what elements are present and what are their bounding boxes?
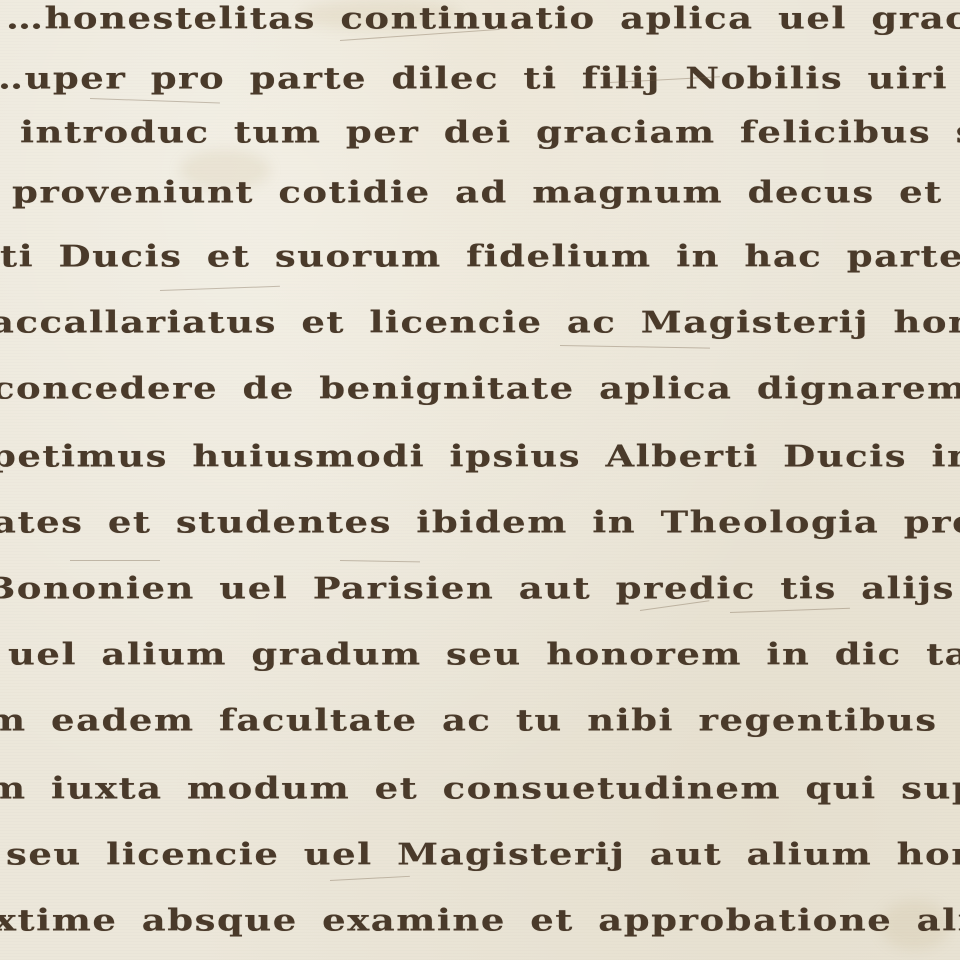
manuscript-line: xtime absque examine et approbatione ali… — [0, 902, 960, 938]
manuscript-line: m iuxta modum et consuetudinem qui super… — [0, 770, 960, 806]
manuscript-line: …uper pro parte dilec ti filij Nobilis u… — [0, 60, 960, 96]
pen-flourish — [70, 560, 160, 561]
manuscript-line: accallariatus et licencie ac Magisterij … — [0, 304, 960, 340]
manuscript-line: proveniunt cotidie ad magnum decus et pr… — [12, 174, 960, 210]
manuscript-line: introduc tum per dei graciam felicibus s… — [20, 114, 960, 150]
manuscript-line: concedere de benignitate aplica dignarem… — [0, 370, 960, 406]
manuscript-line: uel alium gradum seu honorem in dic ta T… — [8, 636, 960, 672]
manuscript-line: petimus huiusmodi ipsius Alberti Ducis i… — [0, 438, 960, 474]
manuscript-line: Bononien uel Parisien aut predic tis ali… — [0, 570, 960, 606]
manuscript-line: seu licencie uel Magisterij aut alium ho… — [6, 836, 960, 872]
manuscript-line: ti Ducis et suorum fidelium in hac parte… — [0, 238, 960, 274]
manuscript-line: ates et studentes ibidem in Theologia pr… — [0, 504, 960, 540]
manuscript-line: m eadem facultate ac tu nibi regentibus … — [0, 702, 960, 738]
